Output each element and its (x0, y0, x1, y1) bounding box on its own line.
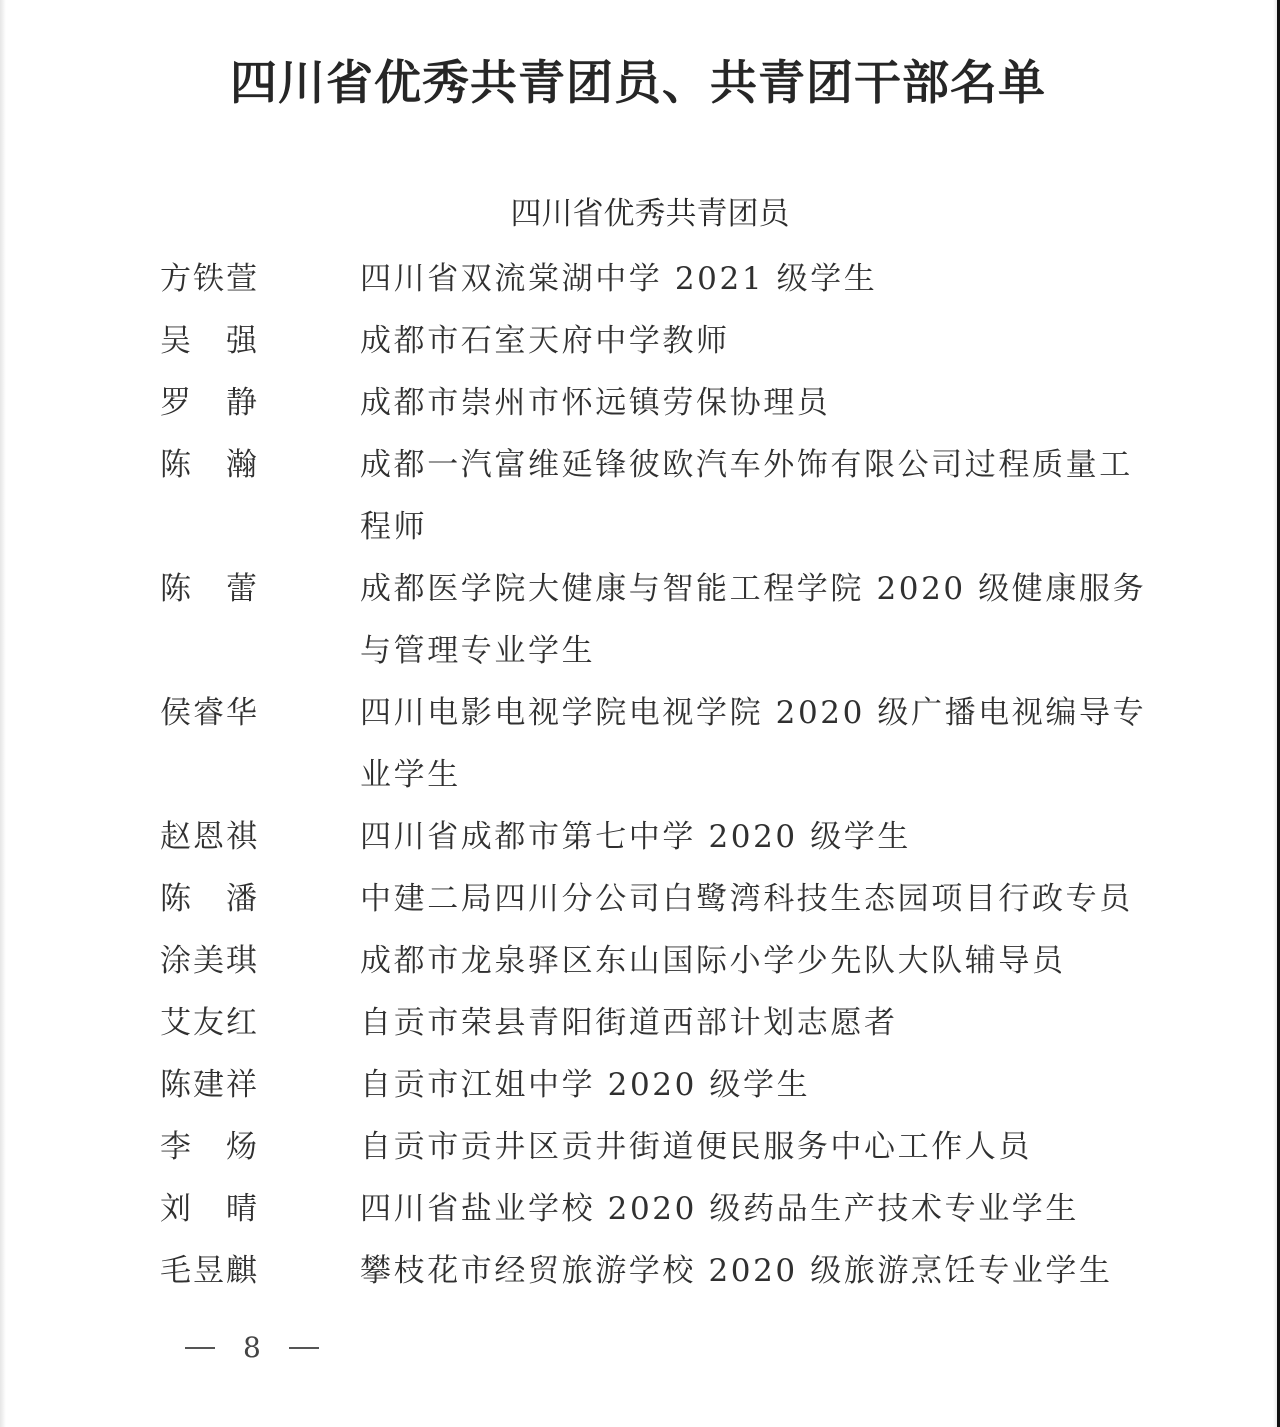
list-item: 毛昱麒 攀枝花市经贸旅游学校 2020 级旅游烹饪专业学生 (160, 1240, 1160, 1302)
list-item: 陈 蕾 成都医学院大健康与智能工程学院 2020 级健康服务与管理专业学生 (160, 558, 1160, 682)
dash-left (185, 1347, 215, 1349)
page-footer: 8 (185, 1328, 319, 1368)
member-description: 自贡市荣县青阳街道西部计划志愿者 (360, 992, 1150, 1054)
member-name: 毛昱麒 (160, 1240, 360, 1302)
list-item: 侯睿华 四川电影电视学院电视学院 2020 级广播电视编导专业学生 (160, 682, 1160, 806)
member-name: 侯睿华 (160, 682, 360, 744)
list-item: 刘 晴 四川省盐业学校 2020 级药品生产技术专业学生 (160, 1178, 1160, 1240)
list-item: 艾友红 自贡市荣县青阳街道西部计划志愿者 (160, 992, 1160, 1054)
section-title: 四川省优秀共青团员 (0, 192, 1280, 236)
member-name: 陈 潘 (160, 868, 360, 930)
member-name: 罗 静 (160, 372, 360, 434)
member-name: 方铁萱 (160, 248, 360, 310)
list-item: 涂美琪 成都市龙泉驿区东山国际小学少先队大队辅导员 (160, 930, 1160, 992)
member-list: 方铁萱 四川省双流棠湖中学 2021 级学生 吴 强 成都市石室天府中学教师 罗… (160, 248, 1160, 1302)
list-item: 吴 强 成都市石室天府中学教师 (160, 310, 1160, 372)
member-name: 陈 瀚 (160, 434, 360, 496)
member-description: 成都市石室天府中学教师 (360, 310, 1150, 372)
list-item: 陈 潘 中建二局四川分公司白鹭湾科技生态园项目行政专员 (160, 868, 1160, 930)
list-item: 罗 静 成都市崇州市怀远镇劳保协理员 (160, 372, 1160, 434)
member-description: 成都市龙泉驿区东山国际小学少先队大队辅导员 (360, 930, 1150, 992)
member-description: 成都市崇州市怀远镇劳保协理员 (360, 372, 1150, 434)
member-description: 四川省双流棠湖中学 2021 级学生 (360, 248, 1150, 310)
member-description: 自贡市贡井区贡井街道便民服务中心工作人员 (360, 1116, 1150, 1178)
member-name: 赵恩祺 (160, 806, 360, 868)
member-description: 四川电影电视学院电视学院 2020 级广播电视编导专业学生 (360, 682, 1150, 806)
member-description: 攀枝花市经贸旅游学校 2020 级旅游烹饪专业学生 (360, 1240, 1150, 1302)
list-item: 赵恩祺 四川省成都市第七中学 2020 级学生 (160, 806, 1160, 868)
page-number: 8 (243, 1328, 261, 1368)
member-name: 陈 蕾 (160, 558, 360, 620)
member-name: 吴 强 (160, 310, 360, 372)
dash-right (289, 1347, 319, 1349)
member-name: 艾友红 (160, 992, 360, 1054)
member-name: 李 炀 (160, 1116, 360, 1178)
member-description: 成都一汽富维延锋彼欧汽车外饰有限公司过程质量工程师 (360, 434, 1150, 558)
member-name: 涂美琪 (160, 930, 360, 992)
member-name: 刘 晴 (160, 1178, 360, 1240)
document-page: 四川省优秀共青团员、共青团干部名单 四川省优秀共青团员 方铁萱 四川省双流棠湖中… (0, 0, 1276, 1427)
list-item: 李 炀 自贡市贡井区贡井街道便民服务中心工作人员 (160, 1116, 1160, 1178)
list-item: 陈建祥 自贡市江姐中学 2020 级学生 (160, 1054, 1160, 1116)
member-description: 四川省成都市第七中学 2020 级学生 (360, 806, 1150, 868)
member-name: 陈建祥 (160, 1054, 360, 1116)
member-description: 四川省盐业学校 2020 级药品生产技术专业学生 (360, 1178, 1150, 1240)
member-description: 自贡市江姐中学 2020 级学生 (360, 1054, 1150, 1116)
member-description: 中建二局四川分公司白鹭湾科技生态园项目行政专员 (360, 868, 1150, 930)
list-item: 方铁萱 四川省双流棠湖中学 2021 级学生 (160, 248, 1160, 310)
list-item: 陈 瀚 成都一汽富维延锋彼欧汽车外饰有限公司过程质量工程师 (160, 434, 1160, 558)
member-description: 成都医学院大健康与智能工程学院 2020 级健康服务与管理专业学生 (360, 558, 1150, 682)
document-title: 四川省优秀共青团员、共青团干部名单 (0, 52, 1276, 116)
